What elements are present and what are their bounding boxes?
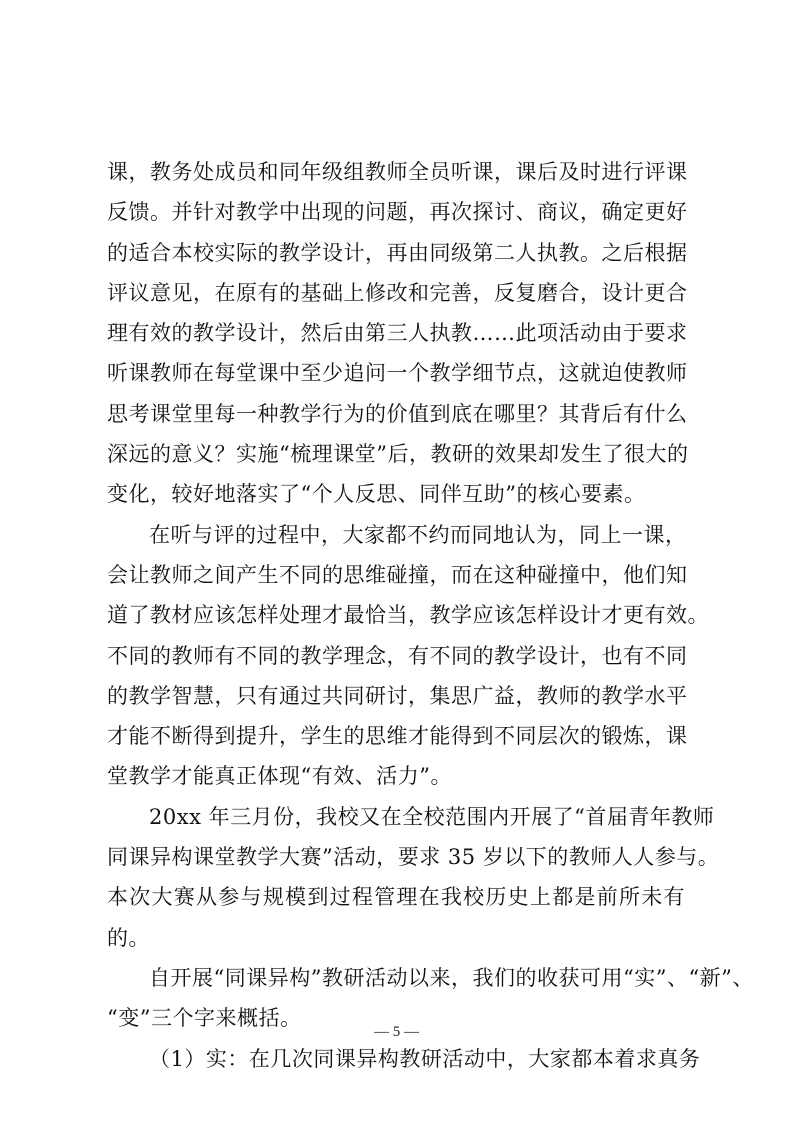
text-line: 堂教学才能真正体现“有效、活力”。 [107,756,685,796]
text-line: 本次大赛从参与规模到过程管理在我校历史上都是前所未有 [107,877,685,917]
text-line: 20xx 年三月份，我校又在全校范围内开展了“首届青年教师 [107,797,685,837]
text-line: 才能不断得到提升，学生的思维才能得到不同层次的锻炼，课 [107,716,685,756]
text-line: 的。 [107,918,685,958]
text-line: 自开展“同课异构”教研活动以来，我们的收获可用“实”、“新”、 [107,958,685,998]
text-line: 同课异构课堂教学大赛”活动，要求 35 岁以下的教师人人参与。 [107,837,685,877]
text-line: （1）实：在几次同课异构教研活动中，大家都本着求真务 [107,1039,685,1079]
text-line: 会让教师之间产生不同的思维碰撞，而在这种碰撞中，他们知 [107,555,685,595]
text-line: 理有效的教学设计，然后由第三人执教……此项活动由于要求 [107,313,685,353]
page-number: — 5 — [0,1024,793,1041]
text-line: 评议意见，在原有的基础上修改和完善，反复磨合，设计更合 [107,273,685,313]
text-line: 的适合本校实际的教学设计，再由同级第二人执教。之后根据 [107,233,685,273]
paragraph: 在听与评的过程中，大家都不约而同地认为，同上一课， 会让教师之间产生不同的思维碰… [107,515,685,797]
paragraph: （1）实：在几次同课异构教研活动中，大家都本着求真务 [107,1039,685,1079]
document-body: 课，教务处成员和同年级组教师全员听课，课后及时进行评课 反馈。并针对教学中出现的… [107,152,685,1079]
text-line: 变化，较好地落实了“个人反思、同伴互助”的核心要素。 [107,474,685,514]
text-line: 道了教材应该怎样处理才最恰当，教学应该怎样设计才更有效。 [107,595,685,635]
paragraph: 20xx 年三月份，我校又在全校范围内开展了“首届青年教师 同课异构课堂教学大赛… [107,797,685,958]
text-line: 不同的教师有不同的教学理念，有不同的教学设计，也有不同 [107,636,685,676]
paragraph: 课，教务处成员和同年级组教师全员听课，课后及时进行评课 反馈。并针对教学中出现的… [107,152,685,515]
text-line: 的教学智慧，只有通过共同研讨，集思广益，教师的教学水平 [107,676,685,716]
text-line: 课，教务处成员和同年级组教师全员听课，课后及时进行评课 [107,152,685,192]
text-line: 反馈。并针对教学中出现的问题，再次探讨、商议，确定更好 [107,192,685,232]
text-line: 在听与评的过程中，大家都不约而同地认为，同上一课， [107,515,685,555]
text-line: 思考课堂里每一种教学行为的价值到底在哪里？其背后有什么 [107,394,685,434]
document-page: 课，教务处成员和同年级组教师全员听课，课后及时进行评课 反馈。并针对教学中出现的… [0,0,793,1122]
text-line: 深远的意义？实施“梳理课堂”后，教研的效果却发生了很大的 [107,434,685,474]
text-line: 听课教师在每堂课中至少追问一个教学细节点，这就迫使教师 [107,353,685,393]
